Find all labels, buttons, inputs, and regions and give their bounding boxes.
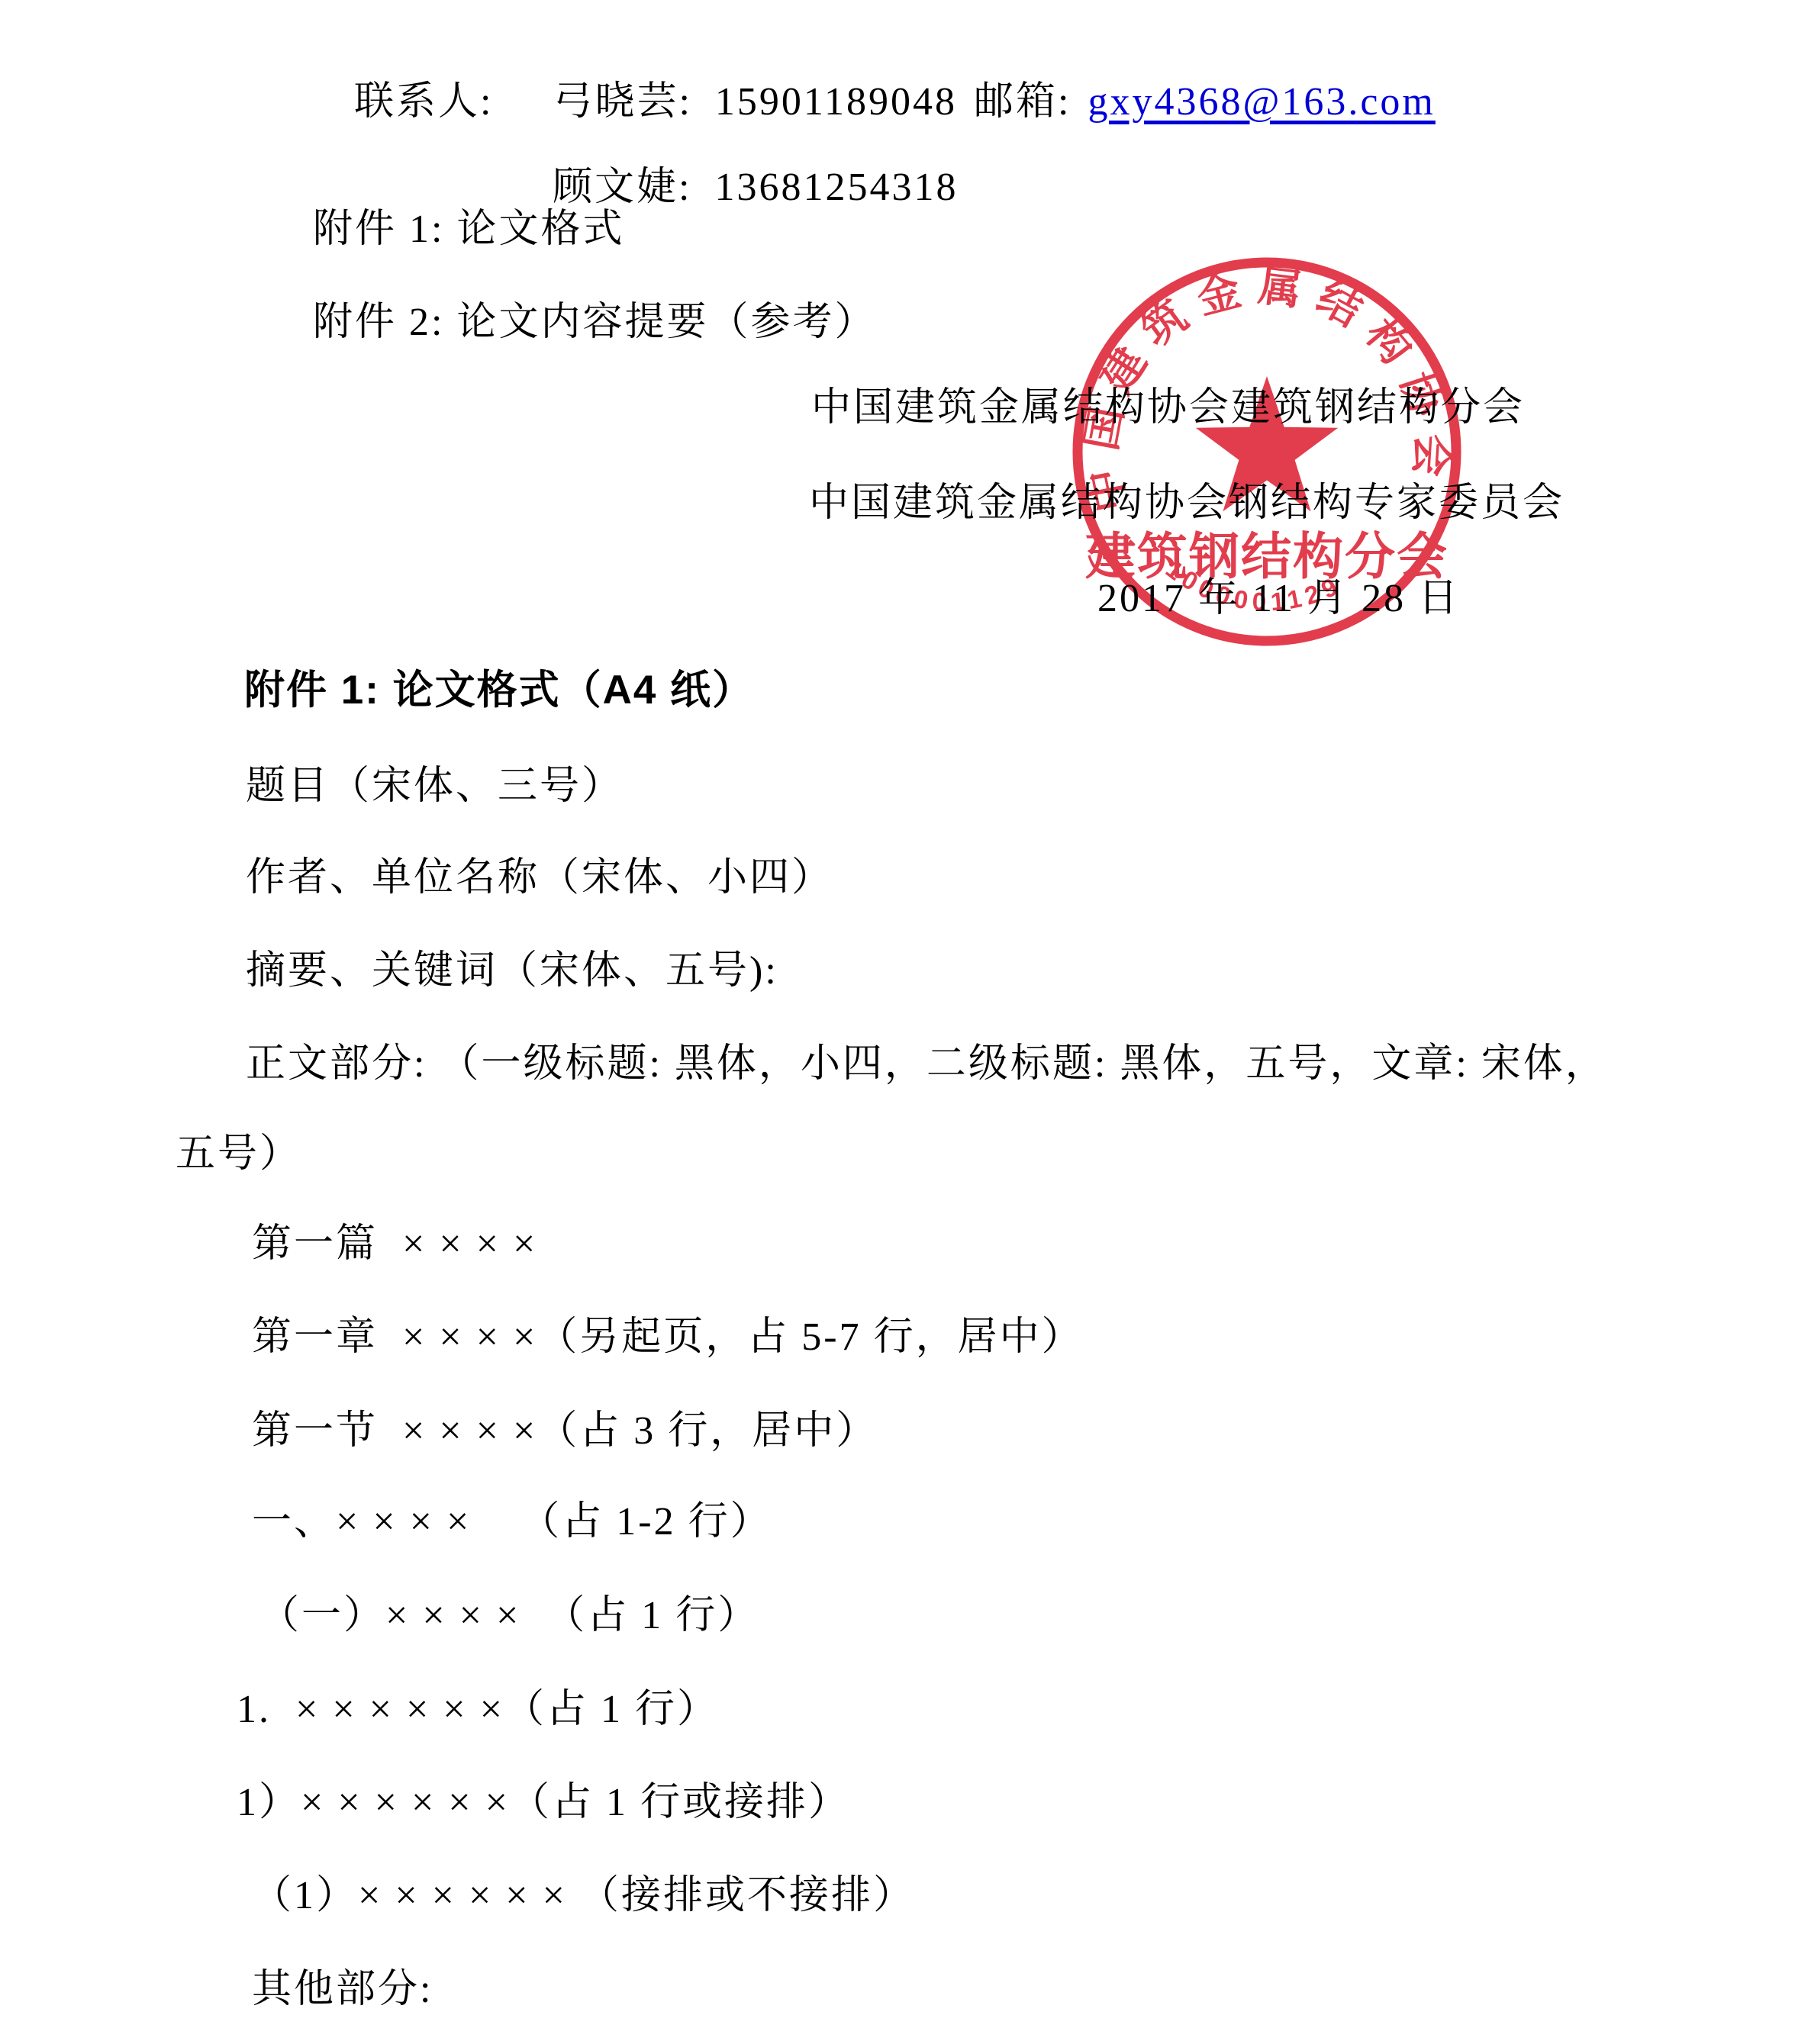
format-line-title: 题目（宋体、三号） — [246, 761, 624, 811]
section-heading: 附件 1: 论文格式（A4 纸） — [244, 665, 754, 716]
format-line-level-1dot: 1. × × × × × ×（占 1 行） — [237, 1685, 719, 1734]
seal-star-icon — [1196, 376, 1338, 511]
format-line-zhang: 第一章 × × × ×（另起页，占 5-7 行，居中） — [252, 1312, 1084, 1362]
format-line-level-yi: 一、× × × × （占 1-2 行） — [252, 1497, 772, 1547]
contact-label: 联系人: — [354, 80, 493, 124]
document-page: 联系人:弓晓芸:15901189048邮箱:gxy4368@163.com 顾文… — [0, 0, 1795, 2044]
format-line-abstract: 摘要、关键词（宋体、五号): — [246, 946, 778, 996]
format-line-other: 其他部分: — [252, 1965, 433, 2014]
format-line-level-1paren: 1）× × × × × ×（占 1 行或接排） — [237, 1778, 850, 1827]
format-line-pian: 第一篇 × × × × — [252, 1219, 537, 1269]
email-link[interactable]: gxy4368@163.com — [1088, 80, 1435, 124]
format-line-author: 作者、单位名称（宋体、小四） — [246, 853, 833, 903]
contact-person2-phone: 13681254318 — [714, 166, 958, 209]
format-line-body-2: 五号） — [176, 1129, 301, 1179]
attachment-ref-2: 附件 2: 论文内容提要（参考） — [313, 298, 876, 347]
format-line-level-1full: （1）× × × × × × （接排或不接排） — [252, 1871, 915, 1920]
format-line-level-yi-paren: （一）× × × × （占 1 行） — [259, 1591, 759, 1640]
format-line-body-1: 正文部分: （一级标题: 黑体，小四，二级标题: 黑体，五号，文章: 宋体， — [246, 1039, 1607, 1089]
format-line-jie: 第一节 × × × ×（占 3 行，居中） — [252, 1406, 878, 1456]
attachment-ref-1: 附件 1: 论文格式 — [313, 204, 624, 254]
contact-person2-name: 顾文婕: — [553, 166, 691, 209]
official-seal-stamp: 中国建筑金属结构协会 建筑钢结构分会 1000001129 — [1067, 252, 1467, 652]
email-label: 邮箱: — [974, 80, 1071, 124]
seal-banner-text: 建筑钢结构分会 — [1085, 528, 1449, 584]
